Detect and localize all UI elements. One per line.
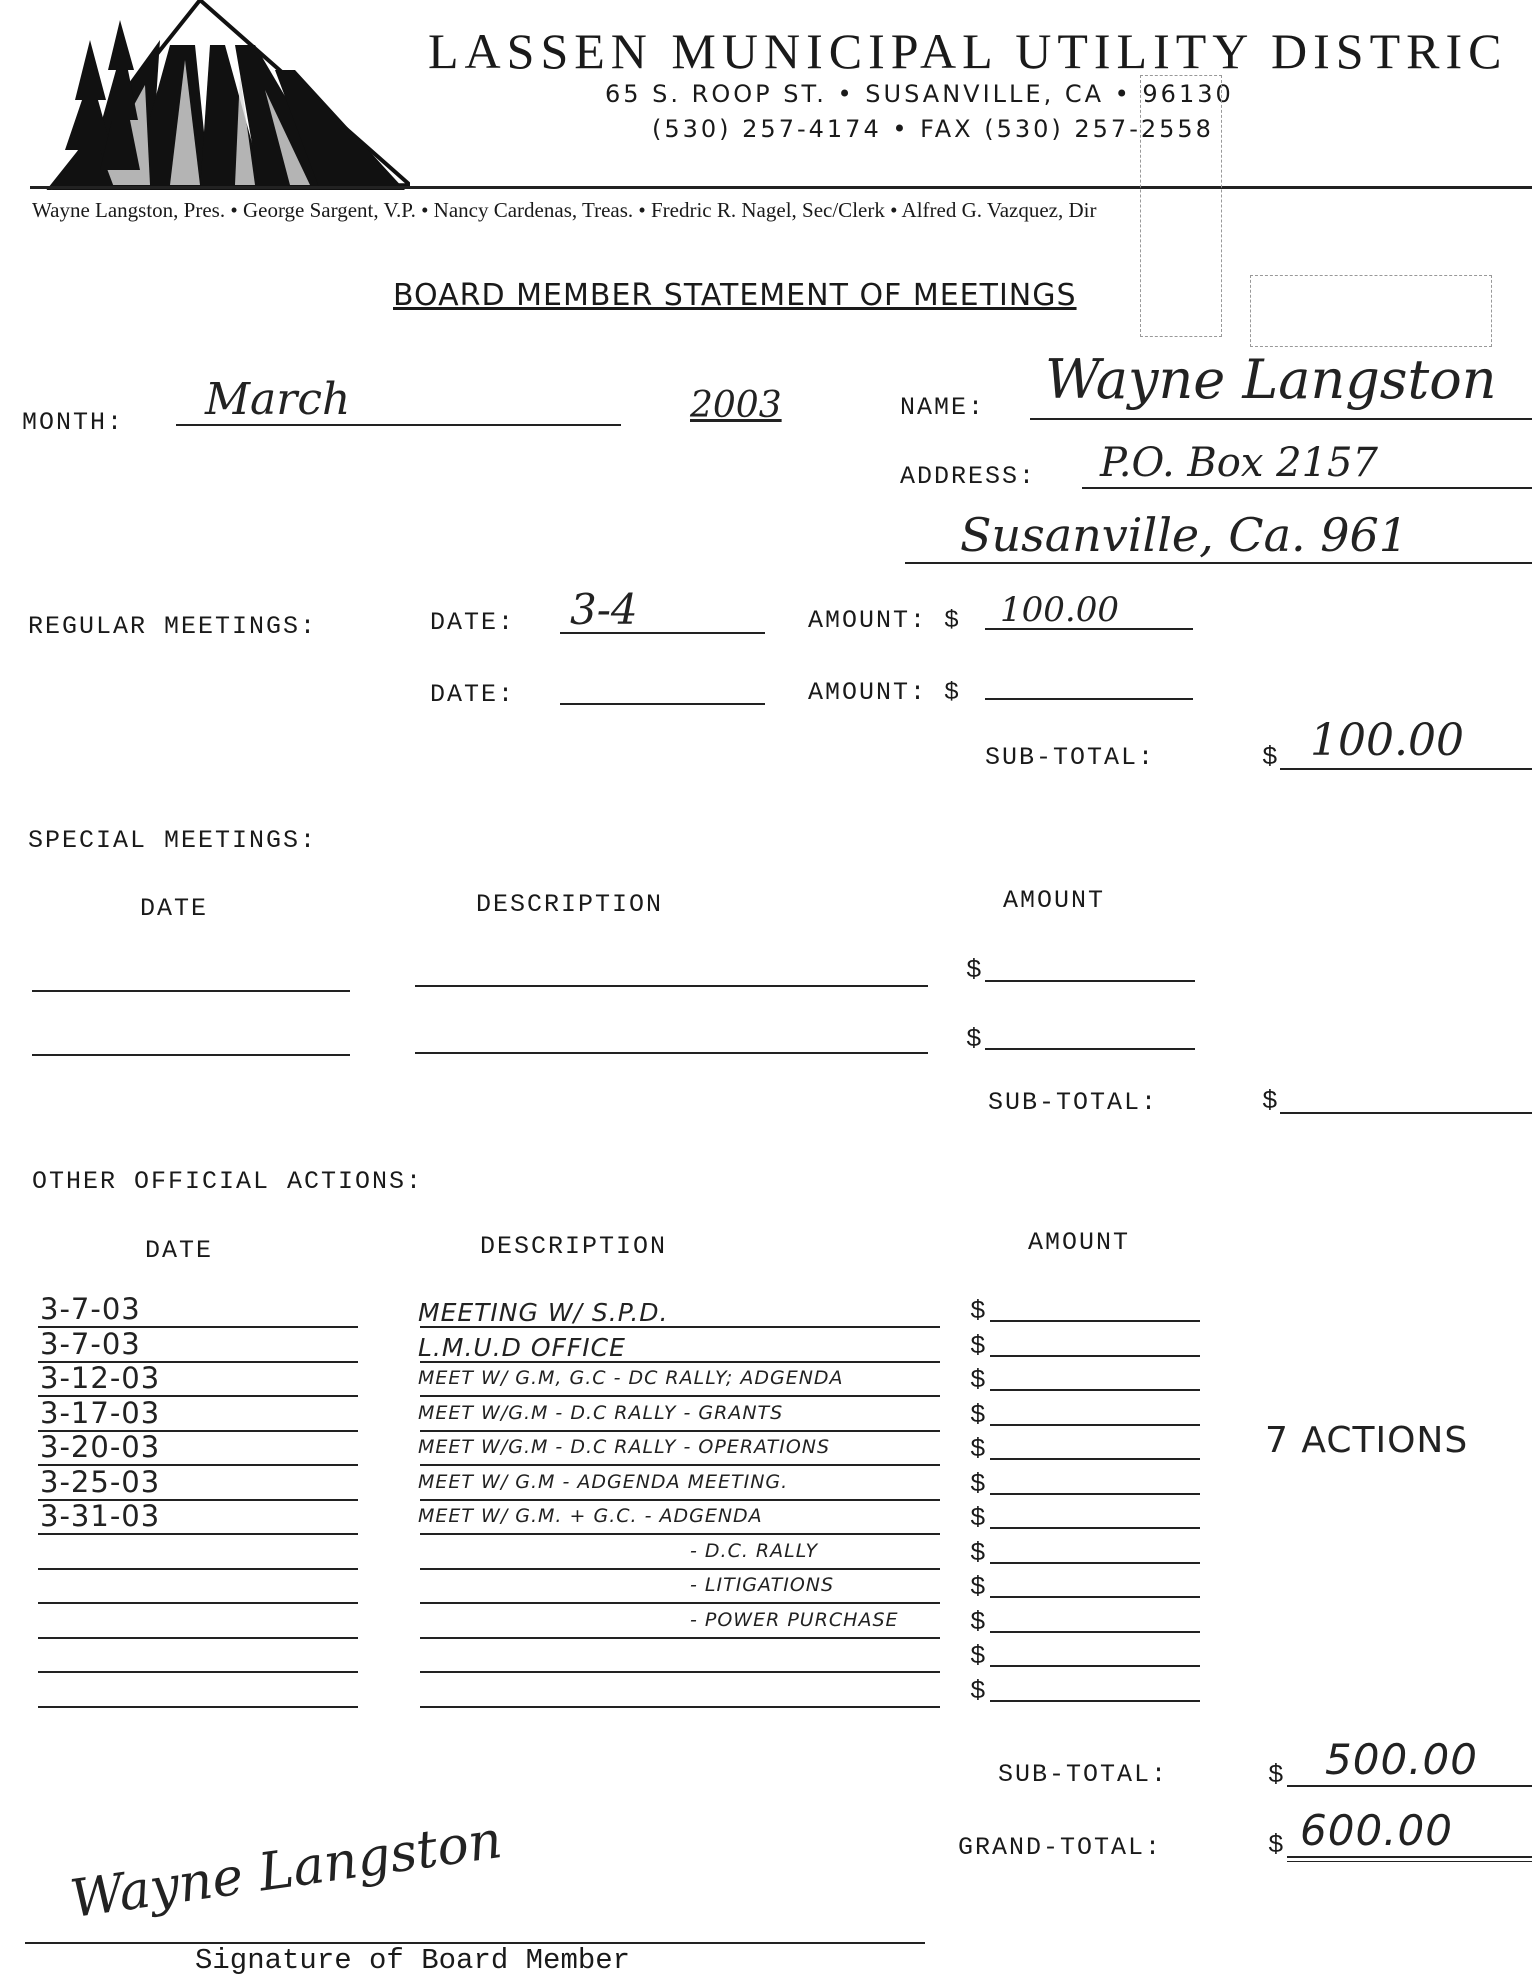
regular-date-label-2: DATE: [430,680,515,709]
action-amount-currency: $ [970,1331,986,1361]
action-date-line [38,1637,358,1639]
regular-subtotal-line [1280,768,1532,770]
grand-total-label: GRAND-TOTAL: [958,1833,1162,1862]
regular-amount-label-2: AMOUNT: $ [808,678,961,707]
grand-total-double-line [1287,1861,1532,1862]
month-field[interactable]: March [205,374,350,425]
name-field-line [1030,418,1532,420]
action-date[interactable]: 3-31-03 [40,1499,160,1533]
other-subtotal-field[interactable]: 500.00 [1325,1735,1478,1784]
action-date-line [38,1602,358,1604]
regular-amount-label-1: AMOUNT: $ [808,606,961,635]
address-line2-rule [905,562,1532,564]
letterhead-rule [30,186,1532,189]
action-description[interactable]: MEETING W/ S.P.D. [418,1298,669,1327]
address-label: ADDRESS: [900,462,1036,491]
special-amount-line[interactable] [985,980,1195,982]
action-amount-currency: $ [970,1607,986,1637]
received-stamp-box [1250,275,1492,347]
action-amount-line[interactable] [990,1389,1200,1391]
regular-date-label-1: DATE: [430,608,515,637]
grand-total-field[interactable]: 600.00 [1300,1806,1453,1855]
actions-count-note: 7 ACTIONS [1265,1420,1468,1461]
action-amount-currency: $ [970,1469,986,1499]
action-amount-line[interactable] [990,1562,1200,1564]
special-description-line[interactable] [415,1052,928,1054]
other-col-description: DESCRIPTION [480,1232,667,1261]
org-address: 65 S. ROOP ST. • SUSANVILLE, CA • 96130 [560,80,1505,108]
action-description[interactable]: MEET W/G.M - D.C RALLY - OPERATIONS [418,1436,830,1458]
action-amount-line[interactable] [990,1631,1200,1633]
action-date-line [38,1706,358,1708]
lmud-logo [20,0,410,190]
regular-amount-field-1[interactable]: 100.00 [1000,590,1119,630]
regular-subtotal-field[interactable]: 100.00 [1310,715,1464,766]
action-description[interactable]: MEET W/ G.M, G.C - DC RALLY; ADGENDA [418,1367,844,1389]
special-description-line[interactable] [415,985,928,987]
action-amount-currency: $ [970,1538,986,1568]
signature-label: Signature of Board Member [195,1944,630,1977]
other-col-amount: AMOUNT [1028,1228,1130,1257]
received-stamp [1140,75,1222,337]
officers-list: Wayne Langston, Pres. • George Sargent, … [32,198,1097,223]
action-amount-line[interactable] [990,1320,1200,1322]
action-description-line [420,1361,940,1363]
special-meetings-label: SPECIAL MEETINGS: [28,826,317,855]
action-amount-line[interactable] [990,1700,1200,1702]
year-field[interactable]: 2003 [690,385,782,426]
special-col-description: DESCRIPTION [476,890,663,919]
special-subtotal-label: SUB-TOTAL: [988,1088,1158,1117]
other-subtotal-line [1287,1785,1532,1787]
action-description[interactable]: MEET W/G.M - D.C RALLY - GRANTS [418,1402,783,1424]
special-date-line[interactable] [32,990,350,992]
action-amount-currency: $ [970,1296,986,1326]
grand-total-line [1287,1856,1532,1858]
month-label: MONTH: [22,408,124,437]
org-phone: (530) 257-4174 • FAX (530) 257-2558 [560,115,1532,143]
action-date[interactable]: 3-7-03 [40,1327,141,1361]
action-description[interactable]: MEET W/ G.M - ADGENDA MEETING. [418,1471,788,1493]
special-date-line[interactable] [32,1054,350,1056]
grand-total-currency: $ [1268,1830,1284,1860]
action-amount-line[interactable] [990,1493,1200,1495]
regular-meetings-label: REGULAR MEETINGS: [28,612,317,641]
action-date-line [38,1671,358,1673]
regular-subtotal-label: SUB-TOTAL: [985,743,1155,772]
special-col-amount: AMOUNT [1003,886,1105,915]
name-field[interactable]: Wayne Langston [1045,348,1497,411]
action-date[interactable]: 3-12-03 [40,1361,160,1395]
other-subtotal-label: SUB-TOTAL: [998,1760,1168,1789]
action-description[interactable]: - D.C. RALLY [690,1540,818,1562]
special-col-date: DATE [140,894,208,923]
action-date-line [38,1533,358,1535]
special-subtotal-currency: $ [1262,1086,1278,1116]
action-date[interactable]: 3-25-03 [40,1465,160,1499]
action-description-line [420,1706,940,1708]
action-amount-line[interactable] [990,1527,1200,1529]
other-col-date: DATE [145,1236,213,1265]
address-line1-rule [1082,487,1532,489]
action-date-line [38,1568,358,1570]
action-description[interactable]: - LITIGATIONS [690,1574,834,1596]
action-amount-currency: $ [970,1400,986,1430]
special-amount-currency: $ [966,1024,982,1054]
action-description-line [420,1395,940,1397]
action-description-line [420,1430,940,1432]
regular-subtotal-currency: $ [1262,742,1278,772]
action-description[interactable]: - POWER PURCHASE [690,1609,899,1631]
action-amount-currency: $ [970,1434,986,1464]
action-description-line [420,1464,940,1466]
action-amount-currency: $ [970,1676,986,1706]
action-amount-currency: $ [970,1641,986,1671]
signature-field[interactable]: Wayne Langston [67,1810,506,1930]
action-description-line [420,1326,940,1328]
action-amount-line[interactable] [990,1424,1200,1426]
special-amount-line[interactable] [985,1048,1195,1050]
action-amount-currency: $ [970,1503,986,1533]
mountain-trees-icon [20,0,410,190]
action-amount-line[interactable] [990,1355,1200,1357]
action-description[interactable]: MEET W/ G.M. + G.C. - ADGENDA [418,1505,763,1527]
action-description-line [420,1533,940,1535]
action-date[interactable]: 3-7-03 [40,1292,141,1326]
regular-amount-line-2 [985,698,1193,700]
address-line1-field[interactable]: P.O. Box 2157 [1100,440,1378,486]
special-subtotal-line[interactable] [1280,1112,1532,1114]
action-date[interactable]: 3-20-03 [40,1430,160,1464]
other-subtotal-currency: $ [1268,1760,1284,1790]
form-title: BOARD MEMBER STATEMENT OF MEETINGS [393,278,1077,313]
action-amount-currency: $ [970,1365,986,1395]
action-amount-line[interactable] [990,1458,1200,1460]
special-amount-currency: $ [966,955,982,985]
regular-date-field-1[interactable]: 3-4 [570,585,638,634]
name-label: NAME: [900,393,985,422]
action-description-line [420,1499,940,1501]
regular-date-line-2 [560,703,765,705]
action-description-line [420,1671,940,1673]
action-date[interactable]: 3-17-03 [40,1396,160,1430]
action-description[interactable]: L.M.U.D OFFICE [418,1333,626,1362]
action-amount-currency: $ [970,1572,986,1602]
action-description-line [420,1637,940,1639]
action-amount-line[interactable] [990,1596,1200,1598]
action-description-line [420,1568,940,1570]
org-name: LASSEN MUNICIPAL UTILITY DISTRIC [428,22,1508,80]
action-description-line [420,1602,940,1604]
address-line2-field[interactable]: Susanville, Ca. 961 [960,508,1408,562]
action-amount-line[interactable] [990,1665,1200,1667]
other-actions-label: OTHER OFFICIAL ACTIONS: [32,1167,423,1196]
